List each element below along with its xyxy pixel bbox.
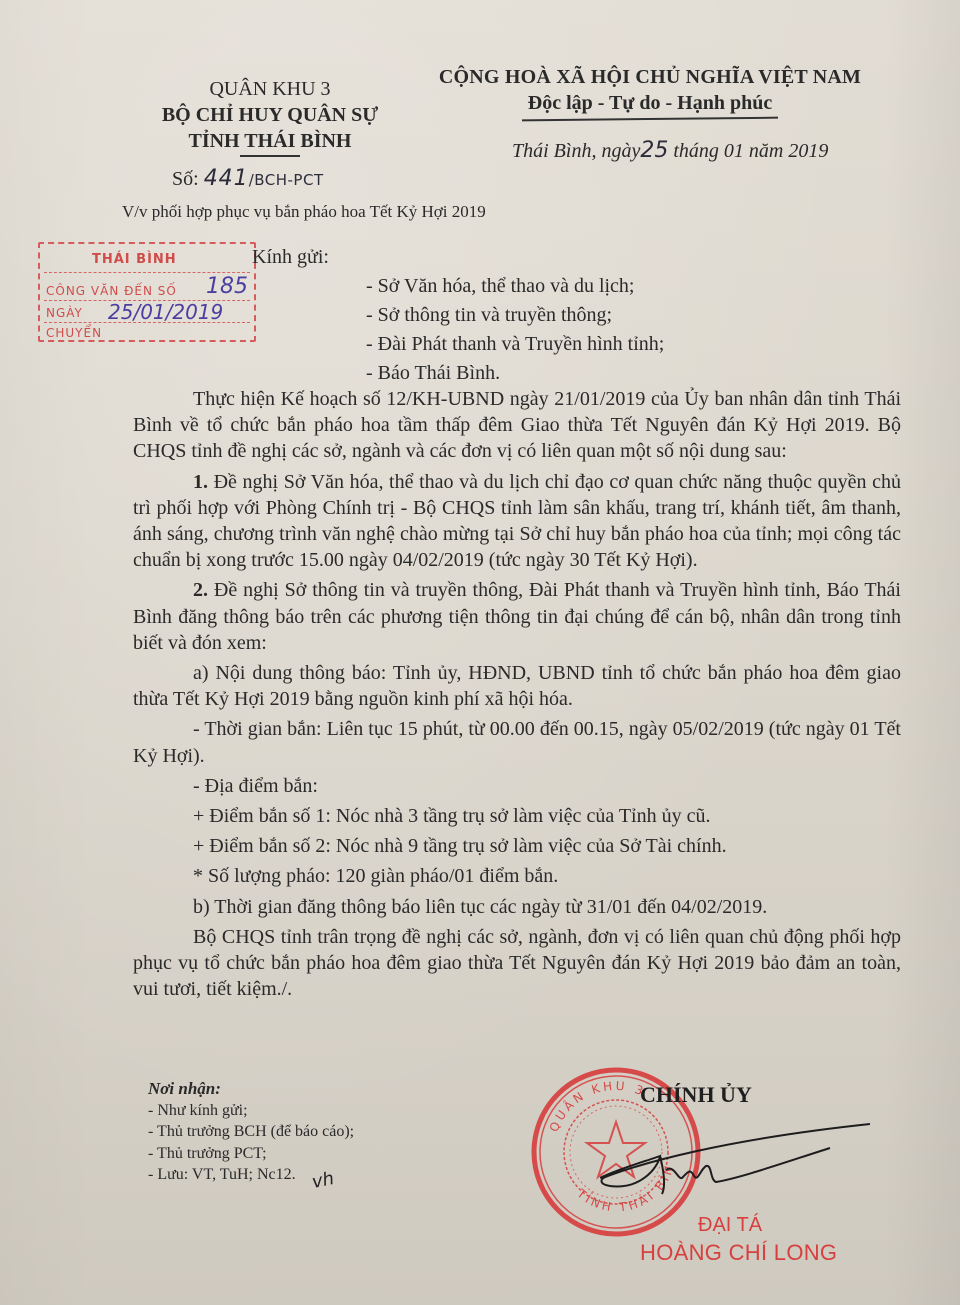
document-number-label: Số: xyxy=(172,168,204,190)
national-header: CỘNG HOÀ XÃ HỘI CHỦ NGHĨA VIỆT NAM Độc l… xyxy=(420,64,880,120)
addressee-item: - Sở Văn hóa, thể thao và du lịch; xyxy=(366,272,664,301)
issuer-line-1: QUÂN KHU 3 xyxy=(120,76,420,102)
location-1: + Điểm bắn số 1: Nóc nhà 3 tầng trụ sở l… xyxy=(133,803,901,829)
addressee-list: - Sở Văn hóa, thể thao và du lịch; - Sở … xyxy=(366,272,664,388)
item-1-number: 1. xyxy=(193,471,208,493)
issuer-header: QUÂN KHU 3 BỘ CHỈ HUY QUÂN SỰ TỈNH THÁI … xyxy=(120,76,420,157)
received-stamp: THÁI BÌNH CÔNG VĂN ĐẾN SỐ 185 NGÀY 25/01… xyxy=(38,242,256,342)
issuer-line-2: BỘ CHỈ HUY QUÂN SỰ xyxy=(120,102,420,128)
intro-paragraph: Thực hiện Kế hoạch số 12/KH-UBND ngày 21… xyxy=(133,386,901,465)
recipient-item: - Thủ trưởng PCT; xyxy=(148,1143,354,1165)
addressee-item: - Sở thông tin và truyền thông; xyxy=(366,301,664,330)
closing-paragraph: Bộ CHQS tỉnh trân trọng đề nghị các sở, … xyxy=(133,924,901,1003)
item-1-paragraph: 1. Đề nghị Sở Văn hóa, thể thao và du lị… xyxy=(133,469,901,574)
national-title: CỘNG HOÀ XÃ HỘI CHỦ NGHĨA VIỆT NAM xyxy=(420,64,880,90)
received-stamp-title: THÁI BÌNH xyxy=(92,252,177,267)
addressee-item: - Báo Thái Bình. xyxy=(366,359,664,388)
item-2a-paragraph: a) Nội dung thông báo: Tỉnh ủy, HĐND, UB… xyxy=(133,660,901,712)
stamp-incoming-number: 185 xyxy=(206,274,248,299)
item-2-text: Đề nghị Sở thông tin và truyền thông, Đà… xyxy=(133,579,901,653)
stamp-divider xyxy=(44,272,250,273)
handwritten-initials: vh xyxy=(310,1168,336,1193)
document-code-handwritten: /BCH-PCT xyxy=(249,171,324,189)
stamp-label-transfer: CHUYỂN xyxy=(46,326,102,340)
addressee-label: Kính gửi: xyxy=(252,246,329,269)
issuer-line-3: TỈNH THÁI BÌNH xyxy=(120,128,420,154)
motto-underline xyxy=(522,117,778,121)
recipient-item: - Thủ trưởng BCH (để báo cáo); xyxy=(148,1121,354,1143)
stamp-divider xyxy=(44,322,250,323)
signer-name: HOÀNG CHÍ LONG xyxy=(640,1240,837,1266)
item-2-paragraph: 2. Đề nghị Sở thông tin và truyền thông,… xyxy=(133,577,901,656)
signer-rank: ĐẠI TÁ xyxy=(698,1214,762,1237)
location-label: - Địa điểm bắn: xyxy=(133,773,901,799)
date-prefix: Thái Bình, ngày xyxy=(512,140,640,162)
document-number-handwritten: 441 xyxy=(204,166,249,191)
firing-time-paragraph: - Thời gian bắn: Liên tục 15 phút, từ 00… xyxy=(133,716,901,768)
handwritten-signature xyxy=(600,1120,870,1220)
stamp-label-date: NGÀY xyxy=(46,306,83,320)
subject-line: V/v phối hợp phục vụ bắn pháo hoa Tết Kỷ… xyxy=(122,202,486,222)
addressee-item: - Đài Phát thanh và Truyền hình tỉnh; xyxy=(366,330,664,359)
signer-title: CHÍNH ỦY xyxy=(640,1082,752,1108)
location-2: + Điểm bắn số 2: Nóc nhà 9 tầng trụ sở l… xyxy=(133,833,901,859)
date-day-handwritten: 25 xyxy=(640,138,668,163)
item-2-number: 2. xyxy=(193,579,208,601)
recipient-item: - Như kính gửi; xyxy=(148,1100,354,1122)
item-1-text: Đề nghị Sở Văn hóa, thể thao và du lịch … xyxy=(133,471,901,572)
document-body: Thực hiện Kế hoạch số 12/KH-UBND ngày 21… xyxy=(133,386,901,1002)
national-motto: Độc lập - Tự do - Hạnh phúc xyxy=(420,90,880,116)
date-suffix: tháng 01 năm 2019 xyxy=(668,140,828,162)
document-number: Số: 441/BCH-PCT xyxy=(172,166,324,191)
stamp-date-value: 25/01/2019 xyxy=(108,300,223,324)
item-2b-paragraph: b) Thời gian đăng thông báo liên tục các… xyxy=(133,894,901,920)
issuer-underline xyxy=(240,155,300,157)
firework-quantity: * Số lượng pháo: 120 giàn pháo/01 điểm b… xyxy=(133,863,901,889)
stamp-label-incoming: CÔNG VĂN ĐẾN SỐ xyxy=(46,284,177,298)
date-line: Thái Bình, ngày25 tháng 01 năm 2019 xyxy=(512,138,828,163)
recipients-title: Nơi nhận: xyxy=(148,1078,354,1100)
